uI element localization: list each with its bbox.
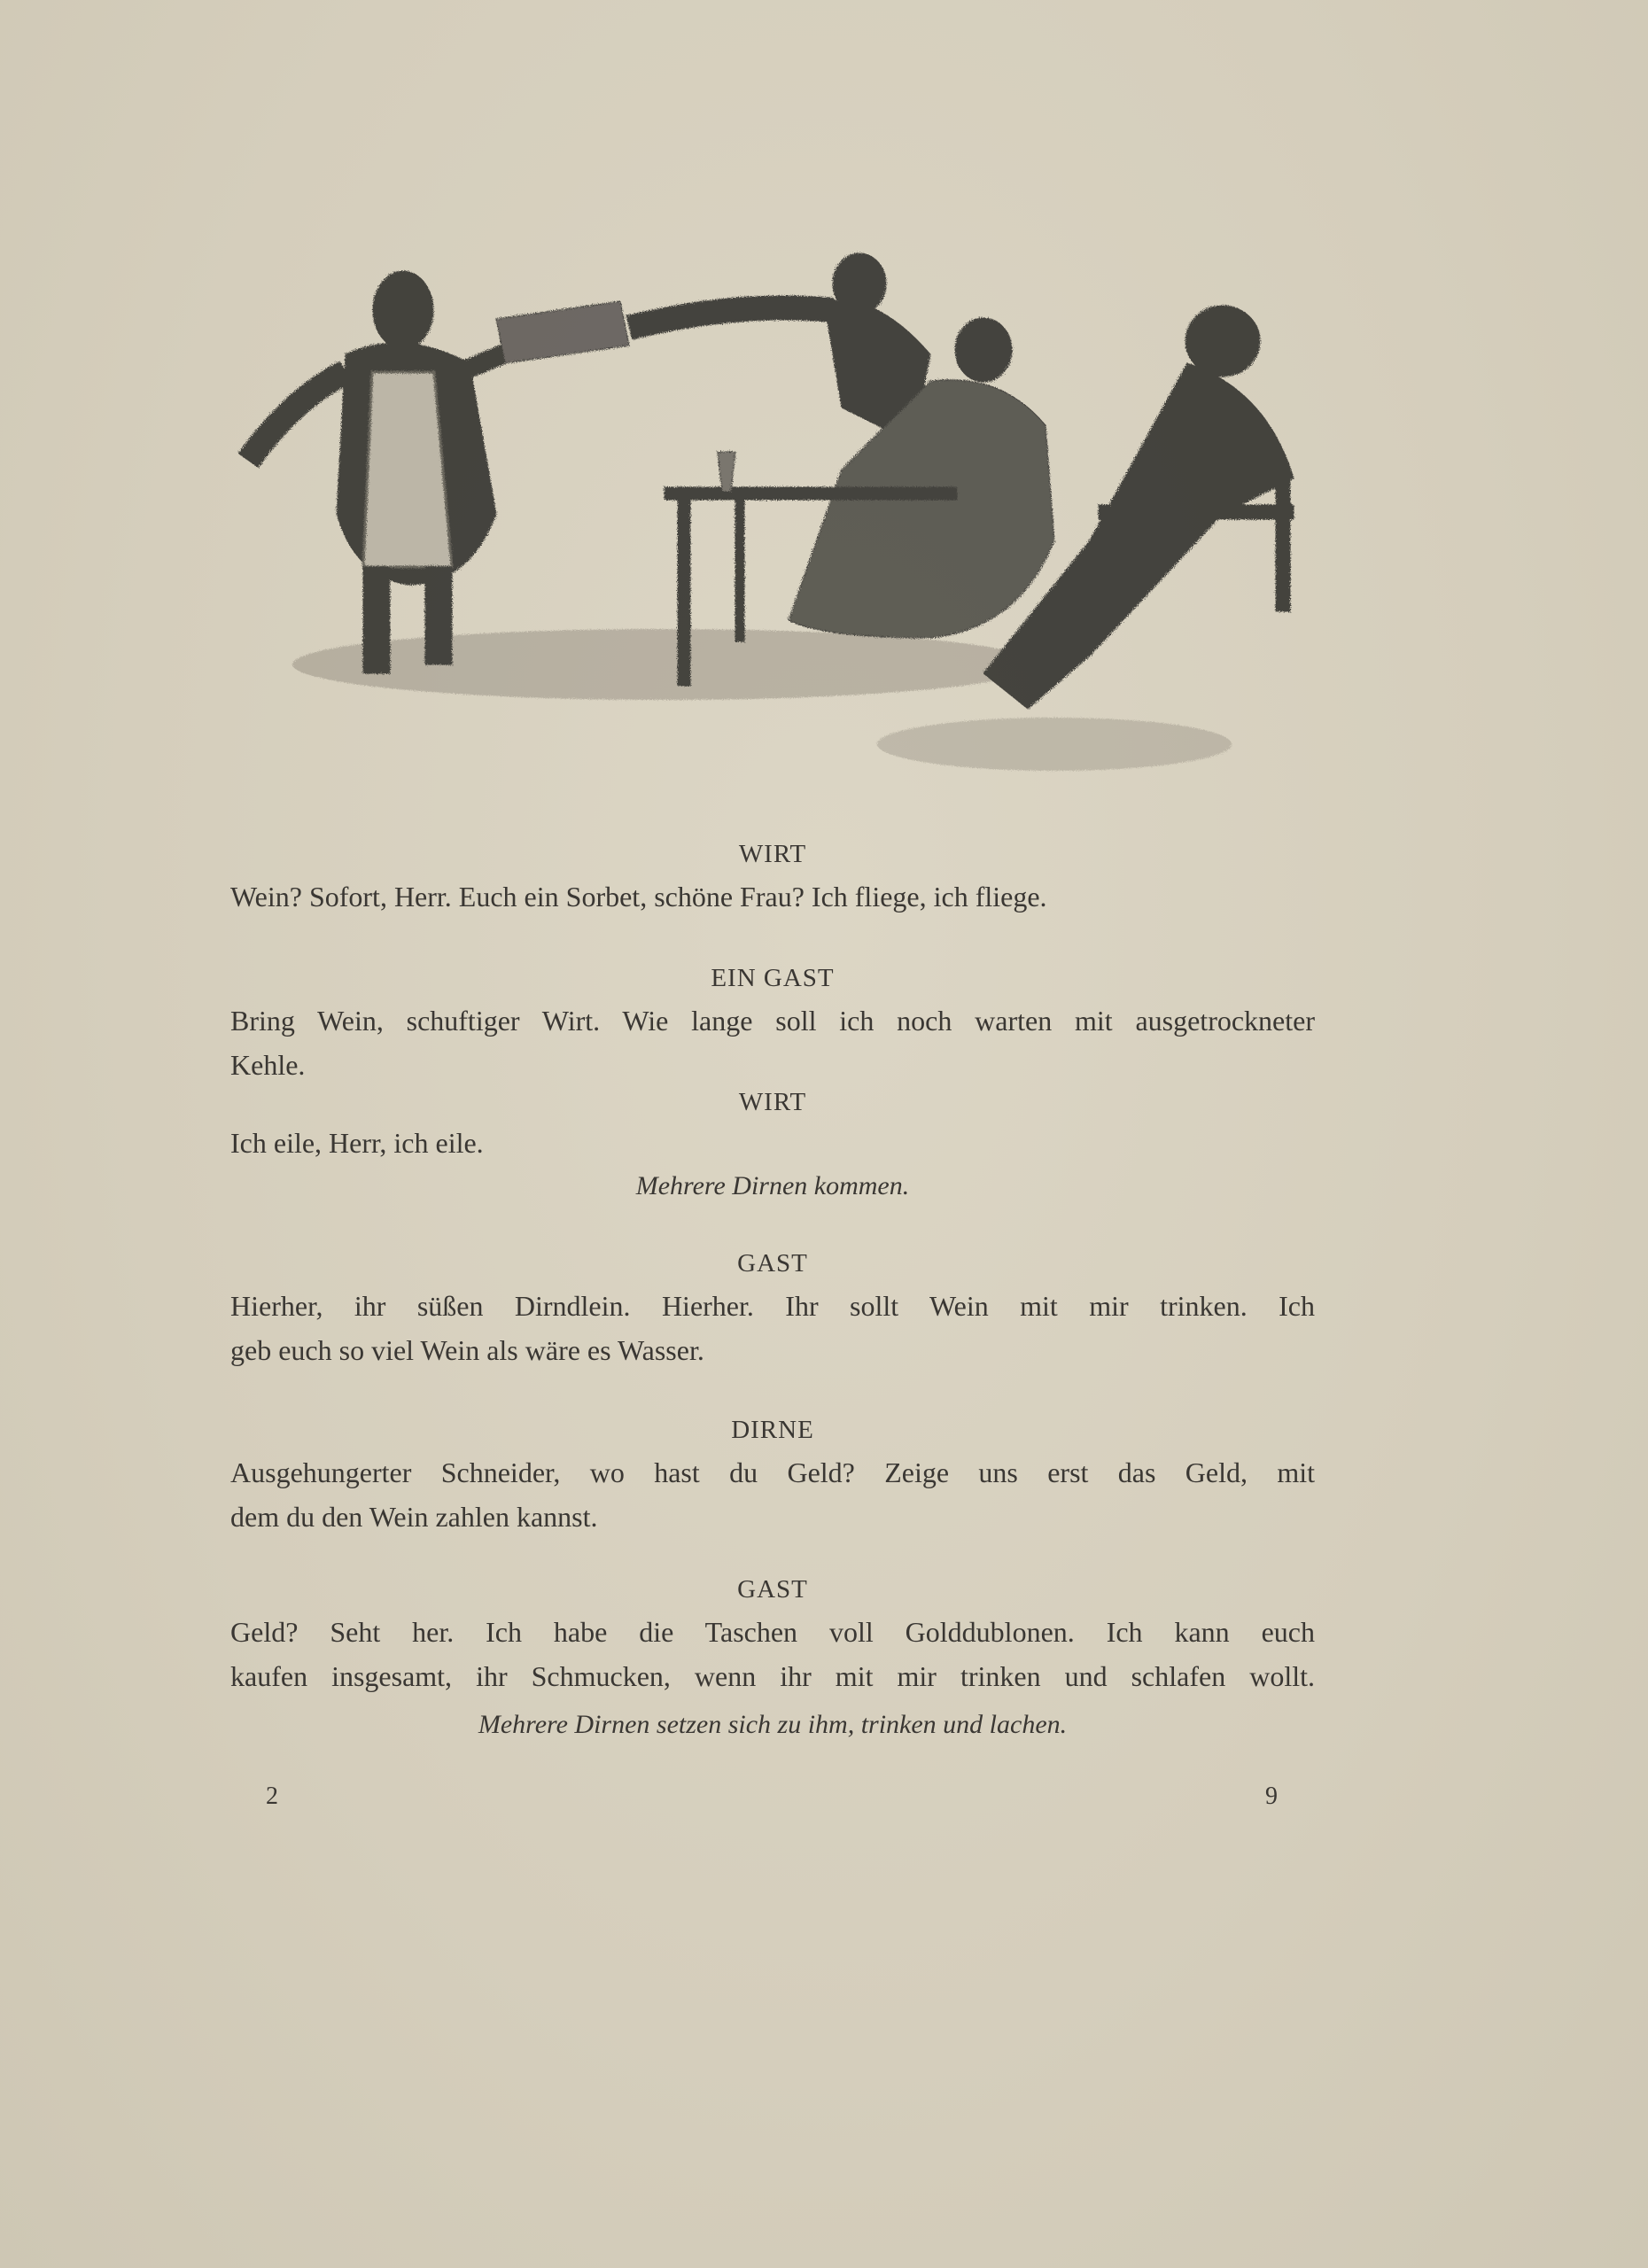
speaker-name: WIRT (230, 1088, 1315, 1117)
stage-direction: Mehrere Dirnen setzen sich zu ihm, trink… (230, 1710, 1315, 1740)
speaker-name: GAST (230, 1249, 1315, 1278)
dialogue-line: kaufen insgesamt, ihr Schmucken, wenn ih… (230, 1660, 1315, 1693)
book-page: WIRT Wein? Sofort, Herr. Euch ein Sorbet… (0, 0, 1648, 2268)
dialogue-text: WIRT Wein? Sofort, Herr. Euch ein Sorbet… (230, 0, 1315, 2268)
dialogue-line: Bring Wein, schuftiger Wirt. Wie lange s… (230, 1005, 1315, 1037)
speaker-name: WIRT (230, 840, 1315, 869)
signature-mark: 2 (266, 1783, 278, 1811)
page-number: 9 (1265, 1783, 1278, 1811)
dialogue-line: Wein? Sofort, Herr. Euch ein Sorbet, sch… (230, 881, 1315, 913)
dialogue-line: dem du den Wein zahlen kannst. (230, 1501, 1315, 1534)
stage-direction: Mehrere Dirnen kommen. (230, 1171, 1315, 1201)
speaker-name: DIRNE (230, 1416, 1315, 1445)
speaker-name: GAST (230, 1575, 1315, 1604)
dialogue-line: Hierher, ihr süßen Dirndlein. Hierher. I… (230, 1290, 1315, 1323)
dialogue-line: Ich eile, Herr, ich eile. (230, 1127, 1315, 1160)
dialogue-line: geb euch so viel Wein als wäre es Wasser… (230, 1334, 1315, 1367)
dialogue-line: Ausgehungerter Schneider, wo hast du Gel… (230, 1456, 1315, 1489)
dialogue-line: Kehle. (230, 1049, 1315, 1082)
speaker-name: EIN GAST (230, 964, 1315, 993)
dialogue-line: Geld? Seht her. Ich habe die Taschen vol… (230, 1616, 1315, 1649)
